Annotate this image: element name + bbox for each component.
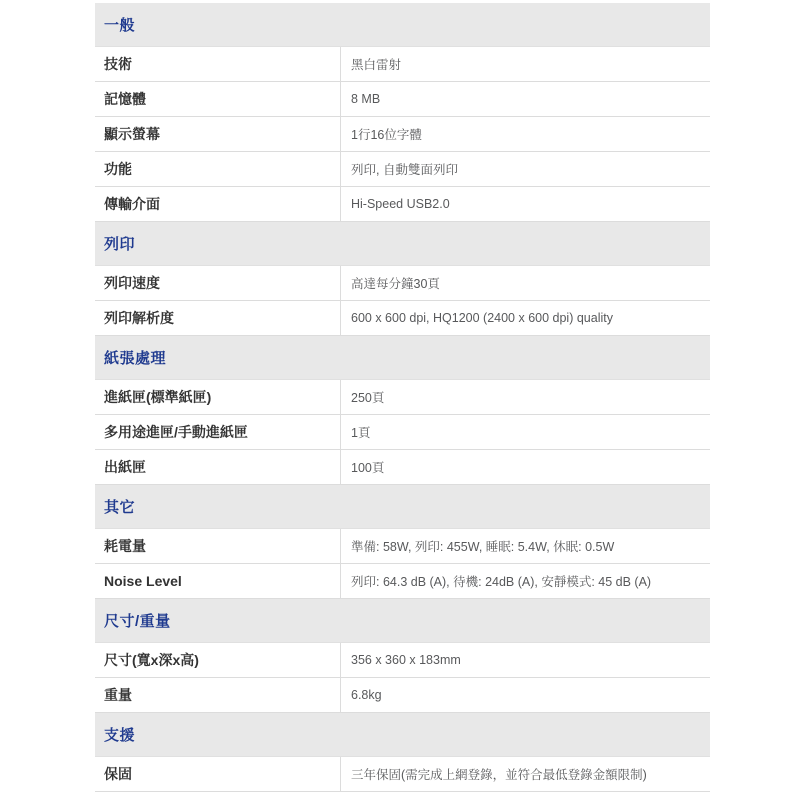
table-row: Noise Level 列印: 64.3 dB (A), 待機: 24dB (A… [95,564,710,599]
spec-value: 準備: 58W, 列印: 455W, 睡眠: 5.4W, 休眠: 0.5W [340,529,710,563]
table-row: 尺寸(寬x深x高) 356 x 360 x 183mm [95,643,710,678]
spec-value: Hi-Speed USB2.0 [340,187,710,221]
spec-value: 三年保固(需完成上網登錄，並符合最低登錄金額限制) [340,757,710,791]
spec-label: 多用途進匣/手動進紙匣 [95,415,340,449]
spec-label: 列印速度 [95,266,340,300]
product-spec-table: 一般 技術 黑白雷射 記憶體 8 MB 顯示螢幕 1行16位字體 功能 列印, … [95,3,710,792]
spec-label: 記憶體 [95,82,340,116]
section-header-print: 列印 [95,222,710,266]
spec-value: 1頁 [340,415,710,449]
section-header-general: 一般 [95,3,710,47]
spec-label: 尺寸(寬x深x高) [95,643,340,677]
spec-value: 356 x 360 x 183mm [340,643,710,677]
spec-value: 6.8kg [340,678,710,712]
table-row: 重量 6.8kg [95,678,710,713]
spec-label: Noise Level [95,564,340,598]
spec-value: 250頁 [340,380,710,414]
section-title: 支援 [104,724,135,745]
section-header-other: 其它 [95,485,710,529]
spec-value: 600 x 600 dpi, HQ1200 (2400 x 600 dpi) q… [340,301,710,335]
spec-value: 8 MB [340,82,710,116]
spec-value: 100頁 [340,450,710,484]
table-row: 傳輸介面 Hi-Speed USB2.0 [95,187,710,222]
section-header-dimensions-weight: 尺寸/重量 [95,599,710,643]
spec-value: 黑白雷射 [340,47,710,81]
section-title: 列印 [104,233,135,254]
spec-label: 顯示螢幕 [95,117,340,151]
spec-label: 技術 [95,47,340,81]
spec-label: 列印解析度 [95,301,340,335]
table-row: 多用途進匣/手動進紙匣 1頁 [95,415,710,450]
table-row: 功能 列印, 自動雙面列印 [95,152,710,187]
table-row: 耗電量 準備: 58W, 列印: 455W, 睡眠: 5.4W, 休眠: 0.5… [95,529,710,564]
section-header-support: 支援 [95,713,710,757]
spec-value: 高達每分鐘30頁 [340,266,710,300]
spec-label: 重量 [95,678,340,712]
table-row: 技術 黑白雷射 [95,47,710,82]
spec-label: 進紙匣(標準紙匣) [95,380,340,414]
spec-label: 保固 [95,757,340,791]
spec-value: 列印, 自動雙面列印 [340,152,710,186]
section-title: 尺寸/重量 [104,610,171,631]
spec-label: 傳輸介面 [95,187,340,221]
table-row: 顯示螢幕 1行16位字體 [95,117,710,152]
table-row: 列印解析度 600 x 600 dpi, HQ1200 (2400 x 600 … [95,301,710,336]
table-row: 進紙匣(標準紙匣) 250頁 [95,380,710,415]
spec-label: 出紙匣 [95,450,340,484]
section-title: 一般 [104,14,135,35]
spec-label: 功能 [95,152,340,186]
section-title: 紙張處理 [104,347,166,368]
table-row: 列印速度 高達每分鐘30頁 [95,266,710,301]
spec-label: 耗電量 [95,529,340,563]
table-row: 保固 三年保固(需完成上網登錄，並符合最低登錄金額限制) [95,757,710,792]
table-row: 出紙匣 100頁 [95,450,710,485]
table-row: 記憶體 8 MB [95,82,710,117]
spec-value: 列印: 64.3 dB (A), 待機: 24dB (A), 安靜模式: 45 … [340,564,710,598]
section-header-paper-handling: 紙張處理 [95,336,710,380]
section-title: 其它 [104,496,135,517]
spec-value: 1行16位字體 [340,117,710,151]
